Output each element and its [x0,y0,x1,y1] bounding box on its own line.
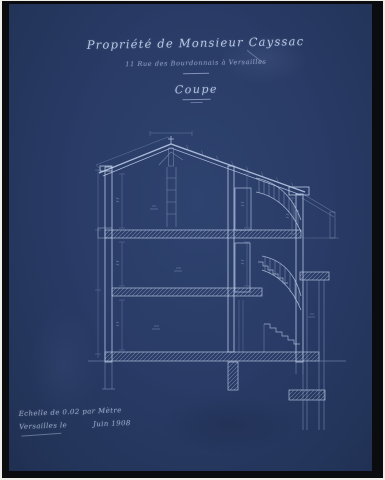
roof-tile-ticks [187,145,294,187]
section-underline [183,99,211,100]
right-foundation [296,362,303,374]
partition-wall [228,166,234,352]
dimension-figures [116,198,315,329]
drawing-title: Propriété de Monsieur Cayssac [80,34,310,52]
walls [98,166,335,362]
flourish-divider [183,73,209,74]
date-label: Juin 1908 [93,419,131,428]
footer-block: Echelle de 0.02 par Mètre Versailles le … [19,406,131,436]
winding-staircase [256,178,301,352]
place-date-row: Versailles le Juin 1908 [19,419,131,431]
attic-floor-slab [105,230,301,238]
ground-floor-slab [105,352,319,361]
upper-floor-slab [112,288,262,296]
basement-pier [228,362,238,390]
section-underline-small [191,102,203,103]
floor-slabs [105,230,329,400]
left-foundation [102,362,115,389]
upper-door-opening [235,243,250,292]
blueprint-scan: { "title_block": { "title": "Propriété d… [0,0,385,480]
drawing-subtitle: 11 Rue des Bourdonnais à Versailles [81,57,311,69]
annex-roof [302,194,339,238]
title-block: Propriété de Monsieur Cayssac 11 Rue des… [80,34,311,105]
section-label: Coupe [81,81,311,98]
steps-bottom-flight [264,324,300,344]
section-drawing [88,128,348,438]
annex-lintel [300,272,329,280]
dimension-chains [95,131,315,358]
left-wall [105,167,112,362]
place-label: Versailles le [19,421,67,431]
steps-mid-flight [258,262,288,283]
flue-pipe [239,300,243,352]
kingpost-truss [159,148,183,227]
attic-door-opening [235,188,251,230]
